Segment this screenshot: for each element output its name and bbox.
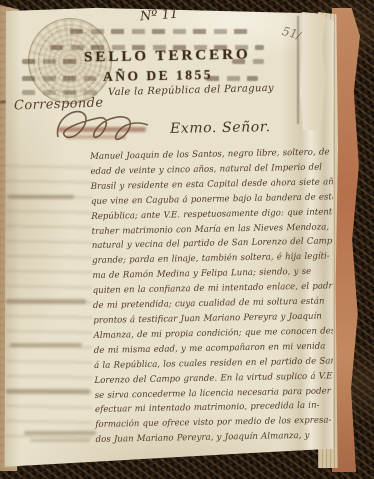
letterpress-line: [22, 59, 80, 64]
paper-crack: [297, 16, 299, 124]
letterpress-line: [206, 76, 258, 81]
letterpress-line: [22, 76, 96, 81]
body-line: dos Juan Mariano Pereyra, y Joaquín Alma…: [95, 429, 332, 448]
ink-bleedthrough-line: [6, 389, 90, 394]
faded-stamp-mark: [30, 439, 90, 442]
petition-body-text: Manuel Joaquin de los Santos, negro libr…: [90, 145, 333, 448]
stamp-smudge: [58, 127, 146, 132]
ink-bleedthrough-line: [6, 299, 86, 304]
stamp-smudge: [66, 135, 126, 139]
torn-paper-layer: [300, 12, 326, 130]
letterpress-line: [70, 29, 248, 34]
salutation: Exmo. Señor.: [170, 119, 271, 137]
ink-bleedthrough-line: [8, 195, 74, 199]
document-number: Nº 11: [140, 7, 179, 25]
stamp-title: SELLO TERCERO: [84, 47, 251, 67]
rubric-flourish: [52, 103, 170, 149]
ink-bleedthrough-line: [10, 343, 82, 347]
stamp-year-line: AÑO DE 1855: [103, 67, 213, 85]
scanned-manuscript-photo: Nº 11 SELLO TERCERO AÑO DE 1855 Vale la …: [0, 0, 374, 479]
faded-stamp-mark: [24, 431, 96, 435]
letterpress-line: [22, 90, 100, 95]
stamp-validity-line: Vale la República del Paraguay: [108, 83, 274, 98]
manuscript-page: Nº 11 SELLO TERCERO AÑO DE 1855 Vale la …: [4, 7, 334, 469]
